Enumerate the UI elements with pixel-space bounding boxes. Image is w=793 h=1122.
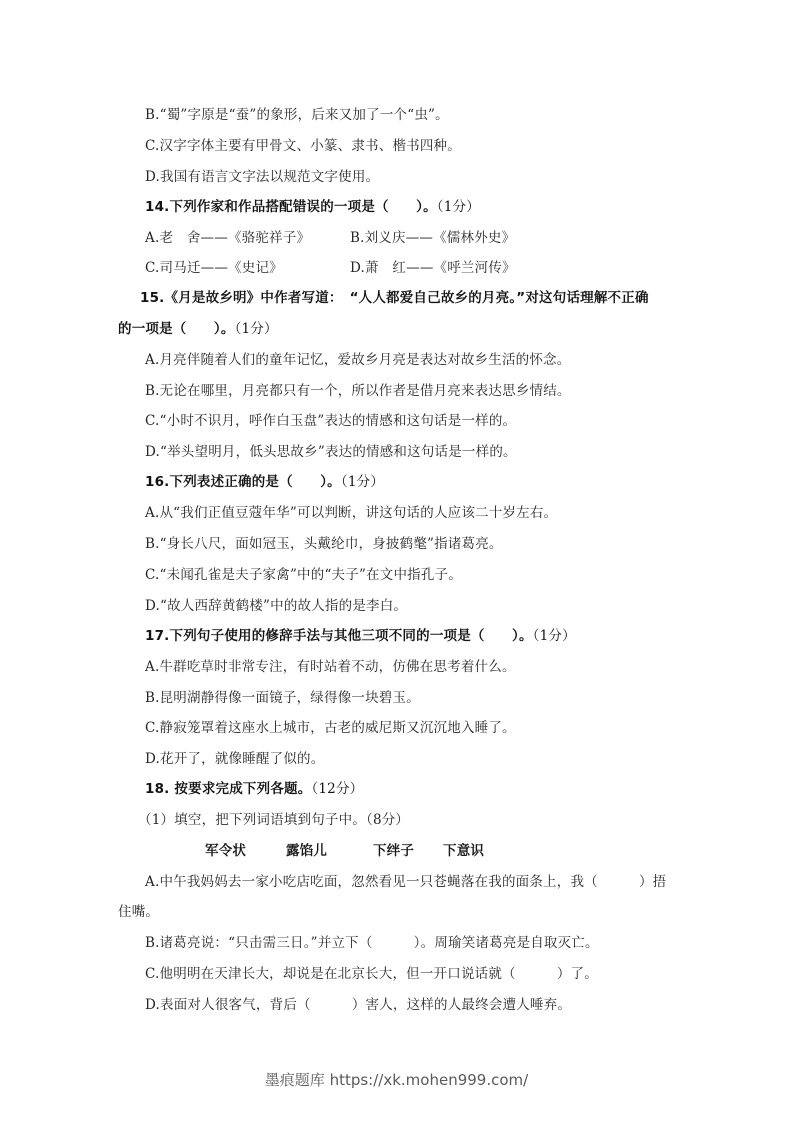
q13-option-c: C.汉字字体主要有甲骨文、小篆、隶书、楷书四种。 [145,136,461,156]
q15-option-a: A.月亮伴随着人们的童年记忆，爱故乡月亮是表达对故乡生活的怀念。 [145,350,570,370]
q16-stem: 16.下列表述正确的是（ ）。（1分） [145,472,384,492]
exam-page: B.“蜀”字原是“蚕”的象形，后来又加了一个“虫”。 C.汉字字体主要有甲骨文、… [0,0,793,1122]
q15-option-d: D.“举头望明月，低头思故乡”表达的情感和这句话是一样的。 [145,442,517,462]
q18-sentence-b: B.诸葛亮说：“只击需三日。”并立下（ ）。周瑜笑诸葛亮是自取灭亡。 [145,933,599,953]
q14-option-d: D.萧 红——《呼兰河传》 [350,258,516,278]
q15-score: （1分） [235,321,278,337]
q18-word-2: 露馅儿 [286,841,327,861]
q18-word-1: 军令状 [205,841,246,861]
q18-sentence-d: D.表面对人很客气，背后（ ）害人，这样的人最终会遭人唾弃。 [145,995,571,1015]
q13-option-d: D.我国有语言文字法以规范文字使用。 [145,167,379,187]
q16-option-c: C.“未闻孔雀是夫子家禽”中的“夫子”在文中指孔子。 [145,565,462,585]
q17-option-d: D.花开了，就像睡醒了似的。 [145,749,324,769]
q14-option-b: B.刘义庆——《儒林外史》 [350,228,515,248]
q18-sentence-c: C.他明明在天津长大，却说是在北京长大，但一开口说话就（ ）了。 [145,964,598,984]
q18-stem-text: 18. 按要求完成下列各题。 [145,781,311,797]
q17-score: （1分） [533,628,576,644]
q14-stem: 14.下列作家和作品搭配错误的一项是（ ）。（1分） [145,197,480,217]
q17-option-c: C.静寂笼罩着这座水上城市，古老的威尼斯又沉沉地入睡了。 [145,718,516,738]
q15-option-b: B.无论在哪里，月亮都只有一个，所以作者是借月亮来表达思乡情结。 [145,381,571,401]
q14-score: （1分） [437,199,480,215]
q15-stem-line2-text: 的一项是（ ）。 [118,321,235,337]
footer-watermark: 墨痕题库 https://xk.mohen999.com/ [0,1069,793,1090]
q15-option-c: C.“小时不识月，呼作白玉盘”表达的情感和这句话是一样的。 [145,411,516,431]
q18-part1-instruction: （1）填空，把下列词语填到句子中。（8分） [138,810,409,830]
q16-option-b: B.“身长八尺，面如冠玉，头戴纶巾，身披鹤氅”指诸葛亮。 [145,534,503,554]
q18-word-3: 下绊子 [373,841,414,861]
q14-option-a: A.老 舍——《骆驼祥子》 [145,228,310,248]
q15-stem-line1: 15.《月是故乡明》中作者写道： “人人都爱自己故乡的月亮。”对这句话理解不正确 [140,288,649,308]
q18-stem: 18. 按要求完成下列各题。（12分） [145,779,363,799]
q18-sentence-a-line1: A.中午我妈妈去一家小吃店吃面，忽然看见一只苍蝇落在我的面条上，我（ ）捂 [145,872,666,892]
q17-option-a: A.牛群吃草时非常专注，有时站着不动，仿佛在思考着什么。 [145,657,516,677]
q18-sentence-a-line2: 住嘴。 [118,902,159,922]
q15-stem-line2: 的一项是（ ）。（1分） [118,319,278,339]
q17-stem-text: 17.下列句子使用的修辞手法与其他三项不同的一项是（ ）。 [145,628,533,644]
q18-score: （12分） [311,781,363,797]
q16-option-d: D.“故人西辞黄鹤楼”中的故人指的是李白。 [145,596,407,616]
q13-option-b: B.“蜀”字原是“蚕”的象形，后来又加了一个“虫”。 [145,105,449,125]
q14-stem-text: 14.下列作家和作品搭配错误的一项是（ ）。 [145,199,437,215]
q18-word-4: 下意识 [443,841,484,861]
q17-option-b: B.昆明湖静得像一面镜子，绿得像一块碧玉。 [145,688,420,708]
q16-score: （1分） [341,474,384,490]
q14-option-c: C.司马迁——《史记》 [145,258,283,278]
q17-stem: 17.下列句子使用的修辞手法与其他三项不同的一项是（ ）。（1分） [145,626,576,646]
q16-stem-text: 16.下列表述正确的是（ ）。 [145,474,341,490]
q16-option-a: A.从“我们正值豆蔻年华”可以判断，讲这句话的人应该二十岁左右。 [145,503,557,523]
